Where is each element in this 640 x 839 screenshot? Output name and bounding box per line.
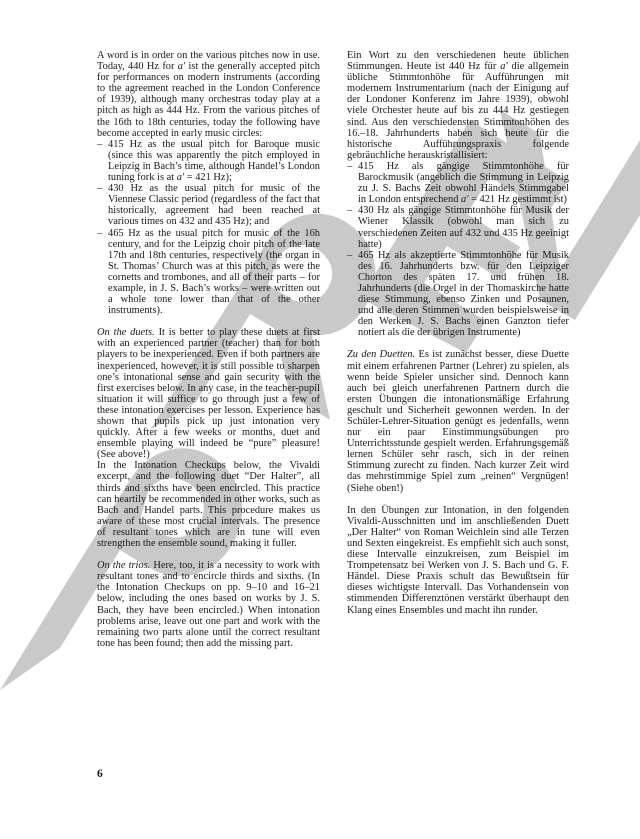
- dash-bullet: –: [347, 161, 352, 172]
- duets-text: Es ist zunächst besser, diese Duette mit…: [347, 349, 569, 493]
- duets-heading: On the duets.: [97, 327, 155, 338]
- trios-heading: On the trios.: [97, 560, 150, 571]
- page-number: 6: [97, 768, 103, 780]
- dash-bullet: –: [347, 205, 352, 216]
- english-pitch-item-430: –430 Hz as the usual pitch for music of …: [97, 183, 320, 227]
- english-column: A word is in order on the various pitche…: [97, 50, 320, 660]
- english-pitch-item-465: –465 Hz as the usual pitch for music of …: [97, 228, 320, 317]
- english-trios-paragraph: On the trios. Here, too, it is a necessi…: [97, 560, 320, 649]
- english-pitch-list: –415 Hz as the usual pitch for Baroque m…: [97, 139, 320, 317]
- german-intro-text-2: die allgemein übliche Stimmtonhöhe für A…: [347, 61, 569, 161]
- english-intro-text-2: ist the generally accepted pitch for per…: [97, 61, 320, 139]
- pitch-text: = 421 Hz gestimmt ist): [468, 194, 567, 205]
- english-duets-paragraph: On the duets. It is better to play these…: [97, 327, 320, 460]
- german-pitch-list: –415 Hz als gängige Stimmtonhöhe für Bar…: [347, 161, 569, 339]
- duets-heading: Zu den Duetten.: [347, 349, 415, 360]
- pitch-text: = 421 Hz);: [184, 172, 232, 183]
- dash-bullet: –: [97, 183, 102, 194]
- german-pitch-item-430: –430 Hz als gängige Stimmtonhöhe für Mus…: [347, 205, 569, 249]
- english-intro-paragraph: A word is in order on the various pitche…: [97, 50, 320, 139]
- pitch-text: 430 Hz as the usual pitch for music of t…: [108, 183, 320, 227]
- german-pitch-item-415: –415 Hz als gängige Stimmtonhöhe für Bar…: [347, 161, 569, 205]
- german-duets-paragraph: Zu den Duetten. Es ist zunächst besser, …: [347, 349, 569, 493]
- german-exercises-paragraph: In den Übungen zur Intonation, in den fo…: [347, 505, 569, 616]
- duets-text: It is better to play these duets at firs…: [97, 327, 320, 460]
- english-checkups-paragraph: In the Intonation Checkups below, the Vi…: [97, 460, 320, 549]
- german-column: Ein Wort zu den verschiedenen heute übli…: [347, 50, 569, 627]
- german-intro-paragraph: Ein Wort zu den verschiedenen heute übli…: [347, 50, 569, 161]
- pitch-text: 465 Hz as the usual pitch for music of t…: [108, 228, 320, 317]
- a-prime-symbol: a′: [500, 61, 507, 72]
- dash-bullet: –: [347, 250, 352, 261]
- german-pitch-item-465: –465 Hz als akzeptierte Stimmtonhöhe für…: [347, 250, 569, 339]
- pitch-text: 465 Hz als akzeptierte Stimmtonhöhe für …: [358, 250, 569, 339]
- dash-bullet: –: [97, 139, 102, 150]
- english-pitch-item-415: –415 Hz as the usual pitch for Baroque m…: [97, 139, 320, 183]
- pitch-text: 430 Hz als gängige Stimmtonhöhe für Musi…: [358, 205, 569, 249]
- dash-bullet: –: [97, 228, 102, 239]
- trios-text: Here, too, it is a necessity to work wit…: [97, 560, 320, 649]
